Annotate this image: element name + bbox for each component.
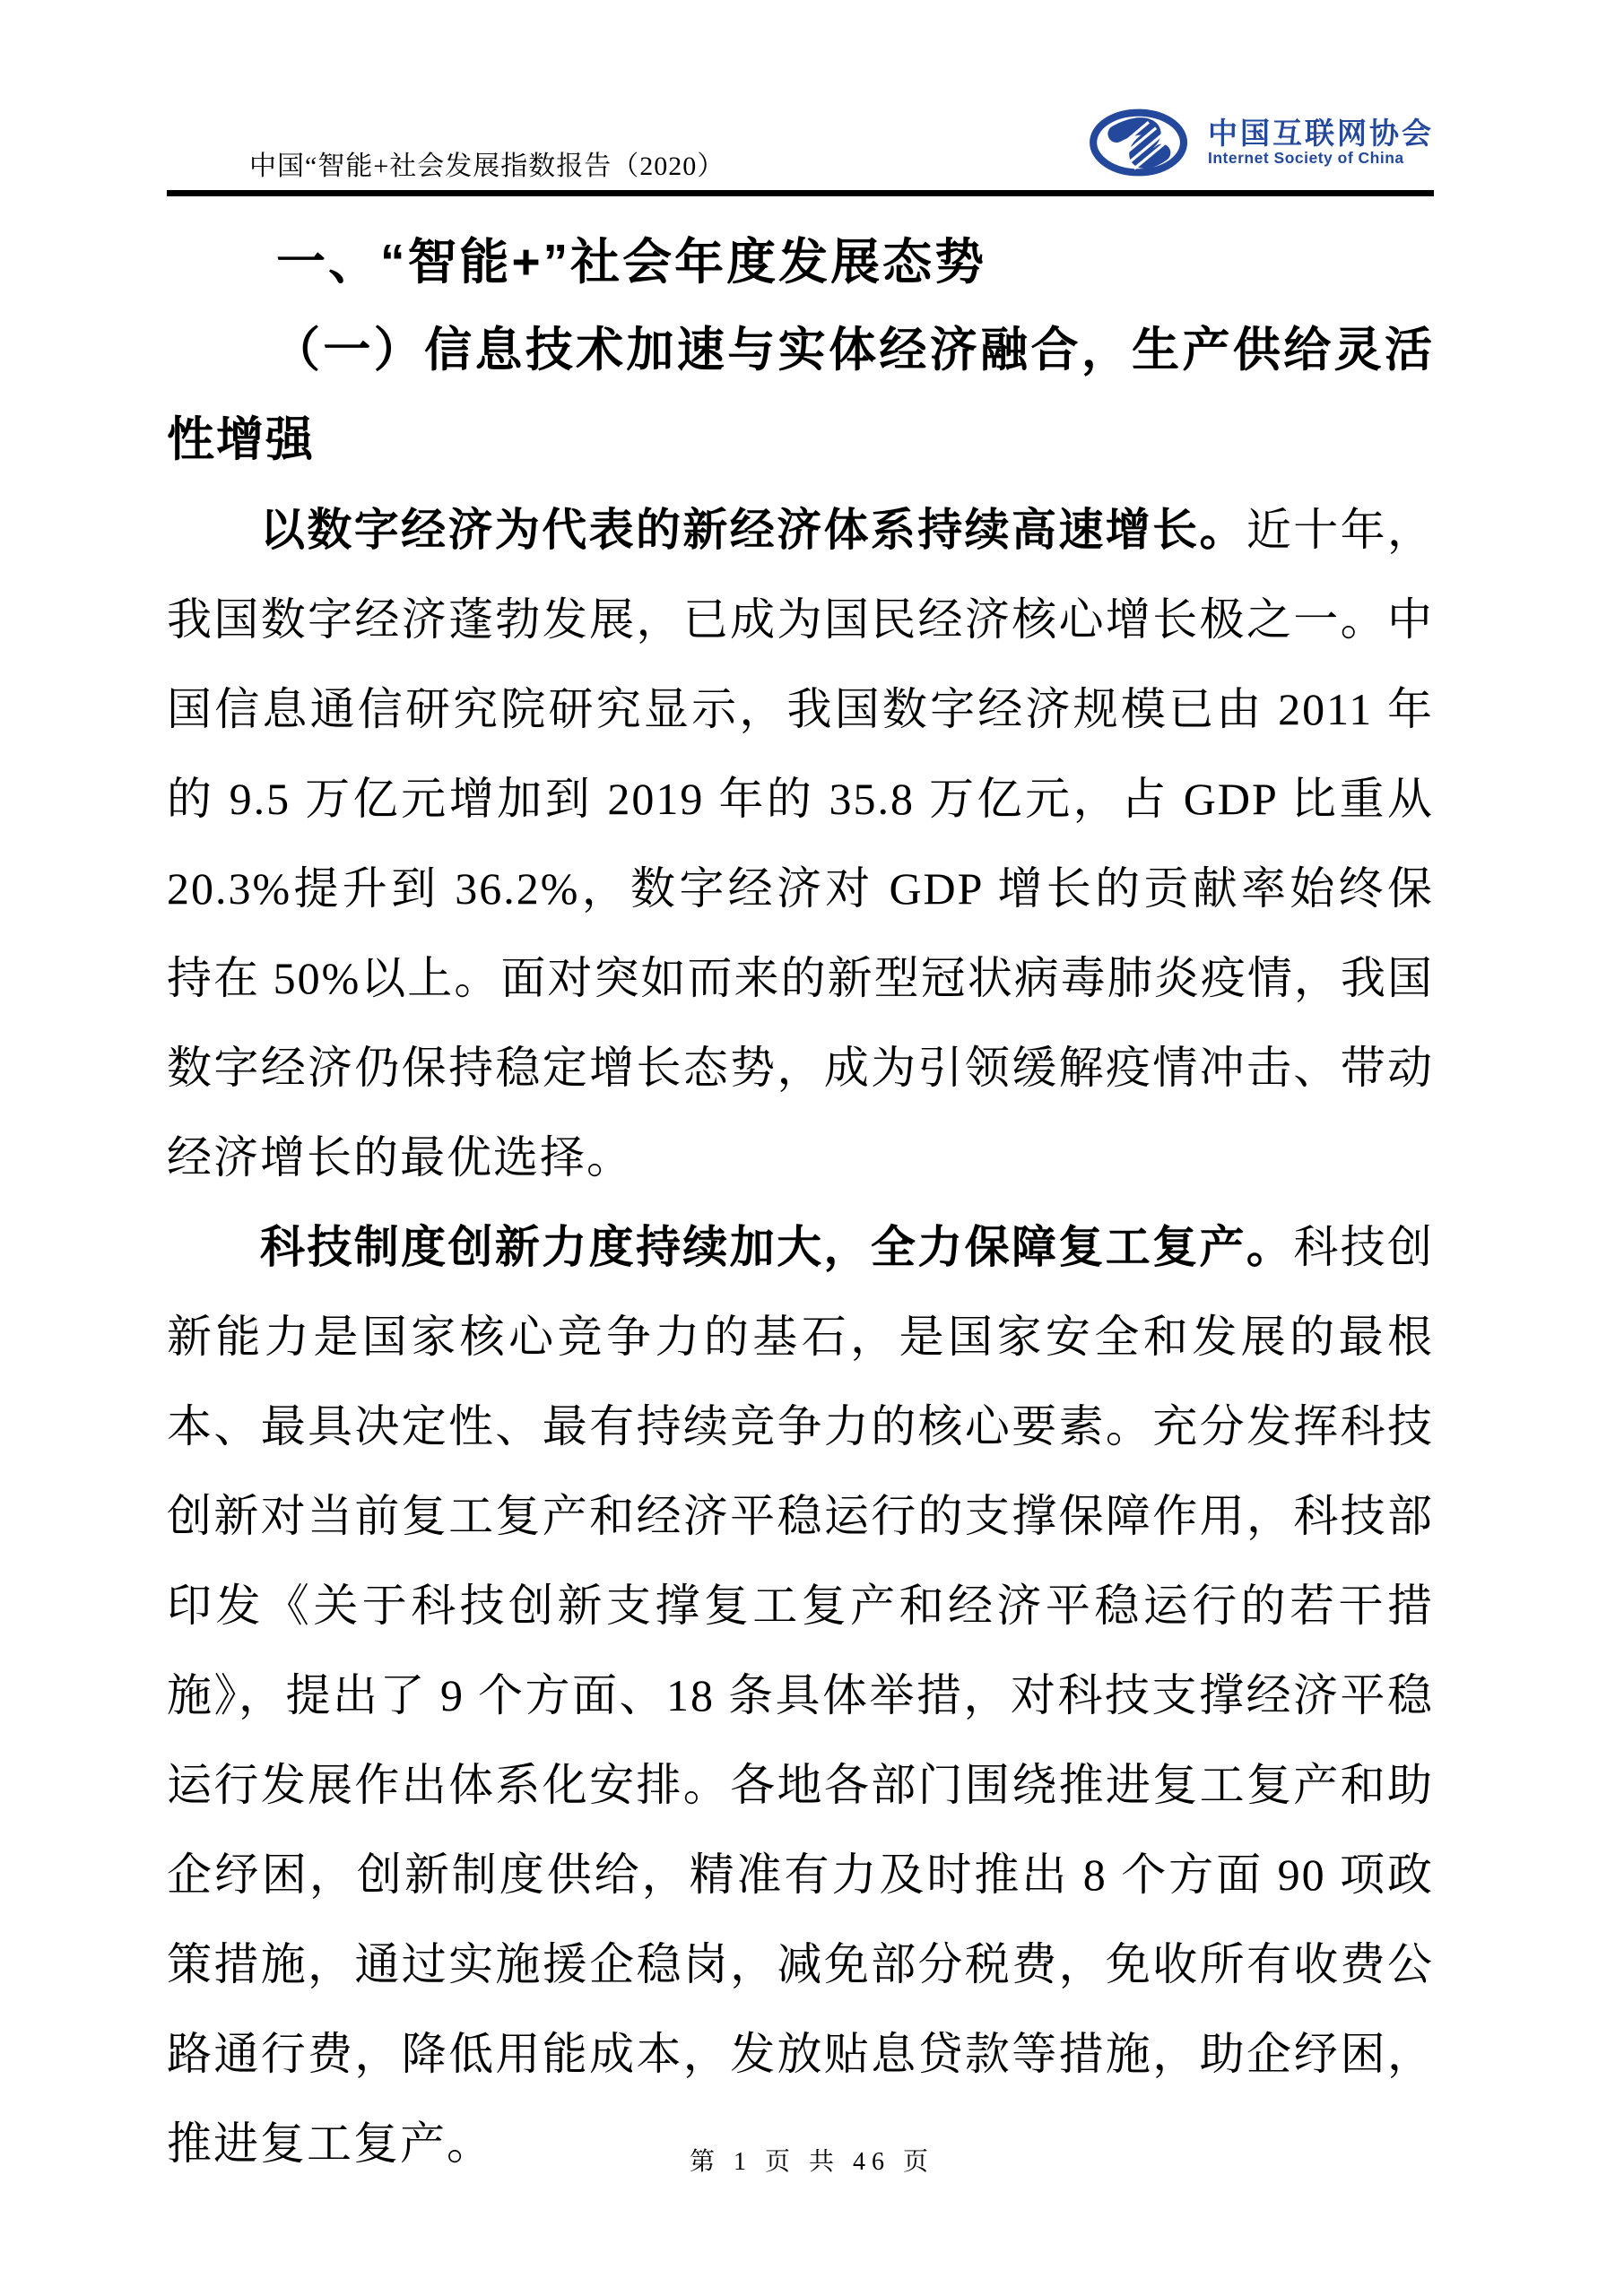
section-heading: 一、“智能+”社会年度发展态势	[167, 232, 1434, 291]
paragraph-digital-economy: 以数字经济为代表的新经济体系持续高速增长。近十年，我国数字经济蓬勃发展，已成为国…	[167, 485, 1434, 1202]
paragraph-body-text: 科技创新能力是国家核心竞争力的基石，是国家安全和发展的最根本、最具决定性、最有持…	[167, 1222, 1434, 2169]
paragraph-body-text: 近十年，我国数字经济蓬勃发展，已成为国民经济核心增长极之一。中国信息通信研究院研…	[167, 505, 1434, 1183]
isc-logo-text: 中国互联网协会 Internet Society of China	[1208, 118, 1434, 166]
paragraph-tech-innovation: 科技制度创新力度持续加大，全力保障复工复产。科技创新能力是国家核心竞争力的基石，…	[167, 1202, 1434, 2188]
paragraph-lead-sentence: 以数字经济为代表的新经济体系持续高速增长。	[260, 505, 1246, 555]
document-page: 中国“智能+社会发展指数报告（2020）	[0, 0, 1624, 2296]
isc-logo: 中国互联网协会 Internet Society of China	[1086, 106, 1434, 179]
paragraph-lead-sentence: 科技制度创新力度持续加大，全力保障复工复产。	[260, 1222, 1293, 1272]
page-header: 中国“智能+社会发展指数报告（2020）	[167, 106, 1434, 196]
page-number: 第 1 页 共 46 页	[0, 2142, 1624, 2178]
isc-logo-en-label: Internet Society of China	[1208, 150, 1434, 166]
isc-logo-cn-label: 中国互联网协会	[1208, 118, 1434, 150]
header-running-title: 中国“智能+社会发展指数报告（2020）	[249, 151, 725, 183]
subsection-heading: （一）信息技术加速与实体经济融合，生产供给灵活性增强	[167, 306, 1434, 485]
isc-logo-icon	[1086, 106, 1195, 179]
